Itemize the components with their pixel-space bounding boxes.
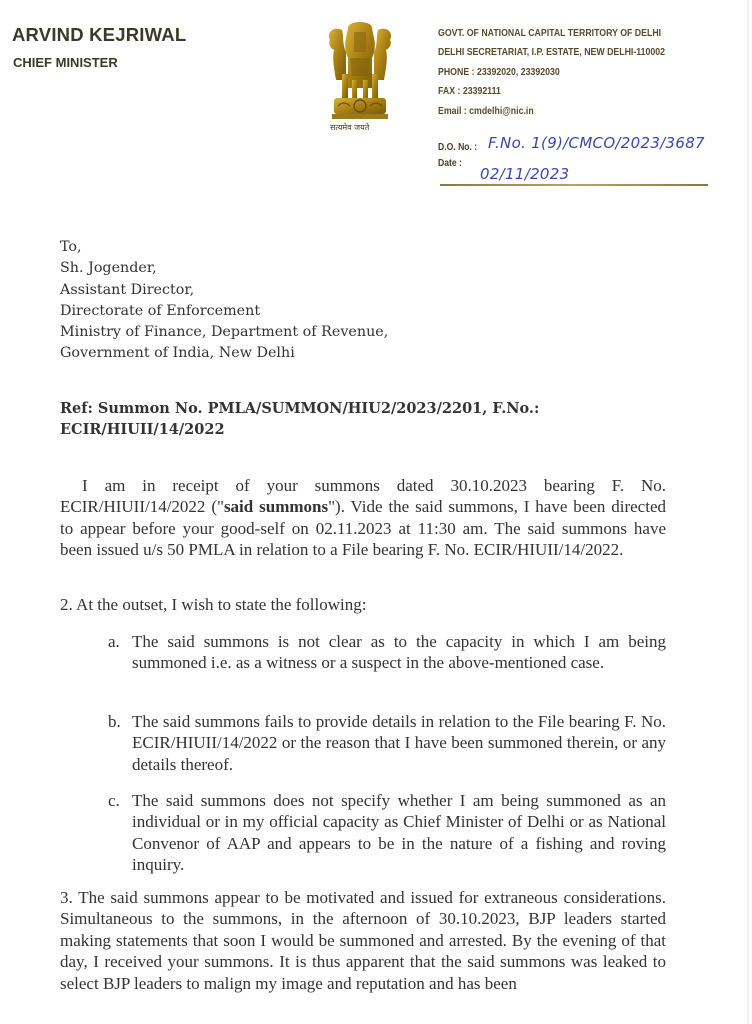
- address-line: Sh. Jogender,: [60, 258, 388, 279]
- point-text: The said summons does not specify whethe…: [132, 791, 666, 874]
- paragraph-3: 3. The said summons appear to be motivat…: [60, 887, 666, 994]
- point-marker: c.: [108, 790, 120, 811]
- do-date-labels: D.O. No. : Date :: [438, 140, 477, 172]
- point-c: c. The said summons does not specify whe…: [108, 790, 666, 876]
- recipient-address: To, Sh. Jogender, Assistant Director, Di…: [60, 237, 388, 365]
- office-phone: PHONE : 23392020, 23392030: [438, 63, 665, 82]
- letter-page: ARVIND KEJRIWAL CHIEF MINISTER सत्यमेव ज…: [0, 0, 749, 1024]
- reference-line-2: ECIR/HIUII/14/2022: [60, 419, 539, 440]
- reference-line: Ref: Summon No. PMLA/SUMMON/HIU2/2023/22…: [60, 398, 539, 440]
- point-text: The said summons fails to provide detail…: [132, 712, 666, 774]
- office-line: GOVT. OF NATIONAL CAPITAL TERRITORY OF D…: [438, 24, 665, 43]
- office-address-block: GOVT. OF NATIONAL CAPITAL TERRITORY OF D…: [438, 24, 665, 121]
- point-text: The said summons is not clear as to the …: [132, 632, 666, 672]
- reference-line-1: Ref: Summon No. PMLA/SUMMON/HIU2/2023/22…: [60, 398, 539, 419]
- ashoka-emblem-icon: [324, 18, 396, 136]
- handwritten-date: 02/11/2023: [480, 165, 569, 183]
- point-b: b. The said summons fails to provide det…: [108, 711, 666, 775]
- point-marker: a.: [108, 631, 120, 652]
- paragraph-1: I am in receipt of your summons dated 30…: [60, 475, 666, 561]
- address-line: Directorate of Enforcement: [60, 301, 388, 322]
- office-fax: FAX : 23392111: [438, 82, 665, 101]
- office-line: DELHI SECRETARIAT, I.P. ESTATE, NEW DELH…: [438, 43, 665, 62]
- date-underline: [440, 184, 708, 186]
- handwritten-do-number: F.No. 1(9)/CMCO/2023/3687: [488, 134, 705, 152]
- address-line: Government of India, New Delhi: [60, 343, 388, 364]
- paragraph-2: 2. At the outset, I wish to state the fo…: [60, 594, 666, 615]
- point-marker: b.: [108, 711, 121, 732]
- address-line: To,: [60, 237, 388, 258]
- emblem-motto: सत्यमेव जयते: [330, 122, 369, 133]
- p1-defined-term: said summons: [224, 497, 328, 516]
- do-number-label: D.O. No. :: [438, 140, 477, 156]
- address-line: Assistant Director,: [60, 280, 388, 301]
- office-email: Email : cmdelhi@nic.in: [438, 102, 665, 121]
- point-a: a. The said summons is not clear as to t…: [108, 631, 666, 674]
- sender-name: ARVIND KEJRIWAL: [12, 24, 186, 46]
- date-label: Date :: [438, 156, 477, 172]
- sender-title: CHIEF MINISTER: [13, 55, 118, 70]
- address-line: Ministry of Finance, Department of Reven…: [60, 322, 388, 343]
